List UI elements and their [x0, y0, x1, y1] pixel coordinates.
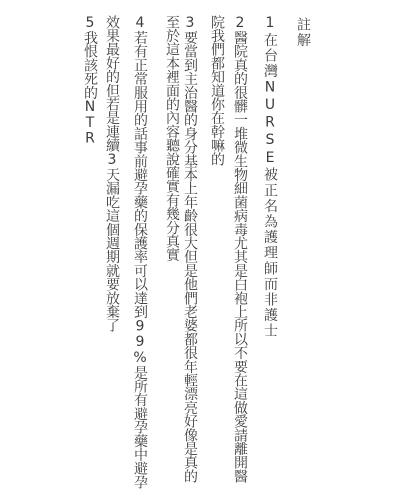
- note-4-column-1: 4若有正常服用的話事前避孕藥的保護率可以達到99%是所有避孕藥中避孕: [132, 15, 147, 489]
- note-1-column: 1在台灣NURSE被正名為護理師而非護士: [262, 15, 277, 339]
- note-4-column-2: 效果最好的但若是連續3天漏吃這個週期就要放棄了: [104, 15, 119, 332]
- note-2-column-2: 院我們都知道你在幹嘛的: [209, 15, 224, 166]
- note-3-column-2: 至於這本裡面的內容聽說確實有幾分真實: [164, 15, 179, 262]
- note-3-column-1: 3要當到主治醫的身分基本上年齡很大但是他們老婆都很年輕漂亮好像是真的: [182, 15, 197, 483]
- page-title: 註解: [295, 17, 310, 48]
- note-5-column: 5我恨該死的NTR: [82, 15, 97, 146]
- notes-page: 註解 1在台灣NURSE被正名為護理師而非護士 2醫院真的很髒一堆微生物細菌病毒…: [0, 0, 400, 497]
- note-2-column-1: 2醫院真的很髒一堆微生物細菌病毒尤其是白袍上所以不要在這做愛請離開醫: [232, 15, 247, 483]
